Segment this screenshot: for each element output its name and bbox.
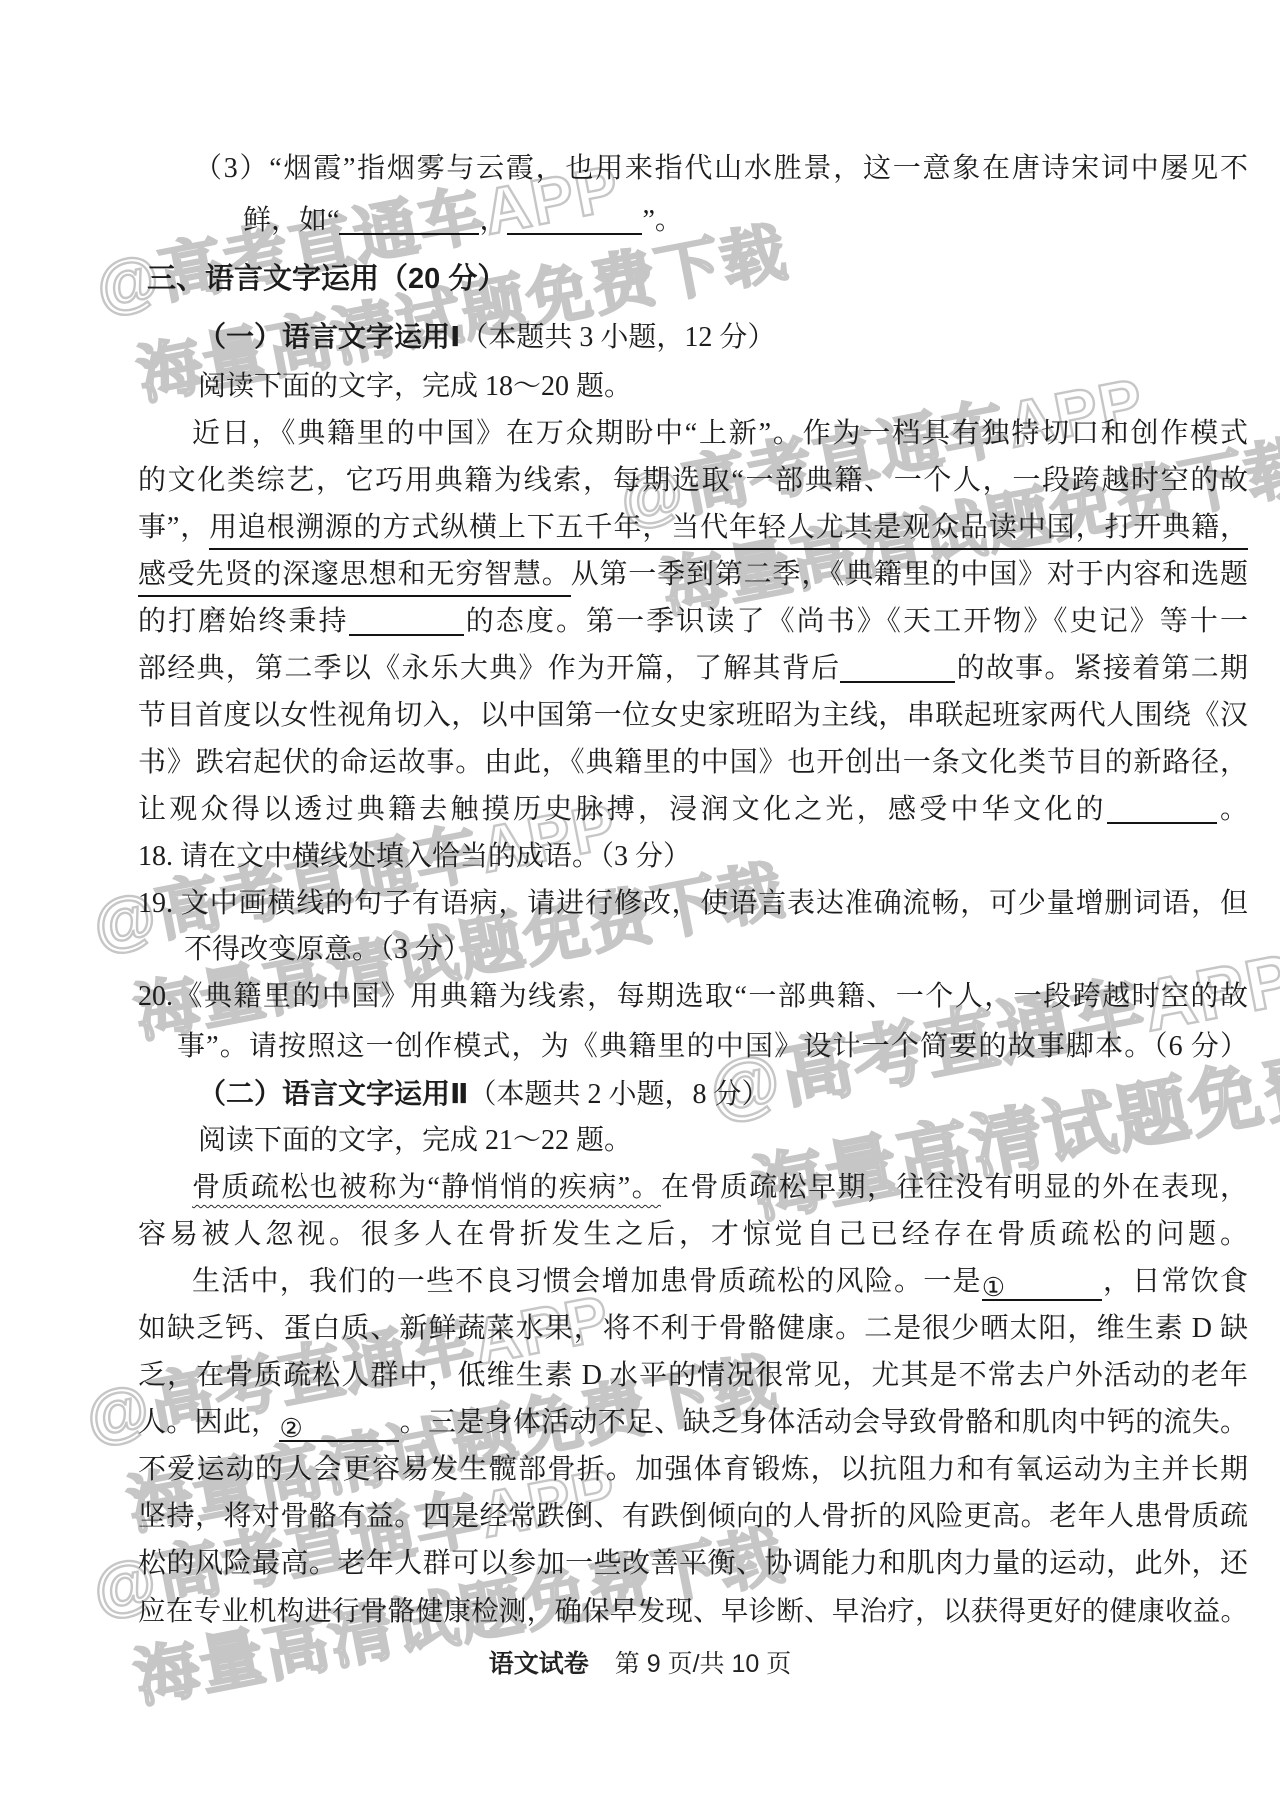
text-segment: （3）“烟霞”指烟雾与云霞，也用来指代山水胜景，这一意象在唐诗宋词中屡见不	[194, 153, 1248, 184]
text-line: 不爱运动的人会更容易发生髋部骨折。加强体育锻炼，以抗阻力和有氧运动为主并长期	[138, 1453, 1248, 1487]
text-line: （一）语言文字运用Ⅰ（本题共 3 小题，12 分）	[198, 320, 775, 355]
text-segment: 阅读下面的文字，完成 21～22 题。	[198, 1125, 632, 1156]
heading-text: （一）语言文字运用Ⅰ	[198, 321, 460, 352]
text-line: （二）语言文字运用Ⅱ（本题共 2 小题，8 分）	[198, 1077, 769, 1112]
text-line: 18. 请在文中横线处填入恰当的成语。（3 分）	[138, 840, 691, 874]
text-segment: 在骨质疏松早期，往往没有明显的外在表现，	[661, 1172, 1248, 1203]
text-line: 坚持，将对骨骼有益。四是经常跌倒、有跌倒倾向的人骨折的风险更高。老年人患骨质疏	[138, 1500, 1248, 1534]
answer-blank: ②	[279, 1414, 399, 1442]
text-segment: 20.《典籍里的中国》用典籍为线索，每期选取“一部典籍、一个人，一段跨越时空的故	[138, 981, 1248, 1012]
text-line: 部经典，第二季以《永乐大典》作为开篇，了解其背后的故事。紧接着第二期	[138, 652, 1248, 686]
text-segment: ，日常饮食	[1102, 1266, 1248, 1297]
text-segment: 部经典，第二季以《永乐大典》作为开篇，了解其背后	[138, 653, 840, 684]
text-segment: （本题共 2 小题，8 分）	[468, 1079, 769, 1110]
text-segment: 不爱运动的人会更容易发生髋部骨折。加强体育锻炼，以抗阻力和有氧运动为主并长期	[138, 1454, 1248, 1485]
text-segment: 乏，在骨质疏松人群中，低维生素 D 水平的情况很常见，尤其是不常去户外活动的老年	[138, 1360, 1248, 1391]
text-line: 阅读下面的文字，完成 18～20 题。	[198, 370, 632, 404]
text-segment: 应在专业机构进行骨骼健康检测，确保早发现、早诊断、早治疗，以获得更好的健康收益。	[138, 1595, 1248, 1626]
text-line: 20.《典籍里的中国》用典籍为线索，每期选取“一部典籍、一个人，一段跨越时空的故	[138, 980, 1248, 1014]
text-line: 书》跌宕起伏的命运故事。由此，《典籍里的中国》也开创出一条文化类节目的新路径，	[138, 746, 1248, 780]
text-segment: 。	[1217, 794, 1248, 825]
text-line: 的文化类综艺，它巧用典籍为线索，每期选取“一部典籍、一个人，一段跨越时空的故	[138, 464, 1248, 498]
text-segment: 的态度。第一季识读了《尚书》《天工开物》《史记》等十一	[464, 606, 1248, 637]
text-line: 事”。请按照这一创作模式，为《典籍里的中国》设计一个简要的故事脚本。（6 分）	[177, 1030, 1248, 1064]
text-segment: 不得改变原意。（3 分）	[184, 934, 471, 965]
text-line: 感受先贤的深邃思想和无穷智慧。从第一季到第二季，《典籍里的中国》对于内容和选题	[138, 558, 1248, 592]
text-segment: 事”。请按照这一创作模式，为《典籍里的中国》设计一个简要的故事脚本。（6 分）	[177, 1031, 1248, 1062]
text-segment: 事”，	[138, 512, 209, 543]
text-line: 乏，在骨质疏松人群中，低维生素 D 水平的情况很常见，尤其是不常去户外活动的老年	[138, 1359, 1248, 1393]
text-line: 骨质疏松也被称为“静悄悄的疾病”。在骨质疏松早期，往往没有明显的外在表现，	[192, 1171, 1248, 1205]
text-line: 19. 文中画横线的句子有语病，请进行修改，使语言表达准确流畅，可少量增删词语，…	[138, 887, 1248, 921]
text-segment: 书》跌宕起伏的命运故事。由此，《典籍里的中国》也开创出一条文化类节目的新路径，	[138, 747, 1248, 778]
text-segment: 鲜，如“	[243, 205, 339, 236]
text-line: 三、语言文字运用（20 分）	[147, 262, 506, 296]
text-segment: ”。	[642, 205, 682, 236]
text-line: 的打磨始终秉持的态度。第一季识读了《尚书》《天工开物》《史记》等十一	[138, 605, 1248, 639]
text-line: 事”，用追根溯源的方式纵横上下五千年，当代年轻人尤其是观众品读中国，打开典籍，	[138, 511, 1248, 545]
answer-blank: ①	[982, 1273, 1102, 1301]
text-segment: 松的风险最高。老年人群可以参加一些改善平衡、协调能力和肌肉力量的运动，此外，还	[138, 1548, 1248, 1579]
page-footer: 语文试卷第 9 页/共 10 页	[0, 1644, 1280, 1680]
text-segment: （本题共 3 小题，12 分）	[460, 322, 775, 353]
answer-blank	[1107, 796, 1217, 824]
text-segment: 节目首度以女性视角切入，以中国第一位女史家班昭为主线，串联起班家两代人围绕《汉	[138, 700, 1248, 731]
text-segment: 坚持，将对骨骼有益。四是经常跌倒、有跌倒倾向的人骨折的风险更高。老年人患骨质疏	[138, 1501, 1248, 1532]
text-segment: 。三是身体活动不足、缺乏身体活动会导致骨骼和肌肉中钙的流失。	[399, 1407, 1248, 1438]
text-segment: 从第一季到第二季，《典籍里的中国》对于内容和选题	[571, 559, 1248, 590]
exam-paper-page: @高考直通车APP海量高清试题免费下载@高考直通车APP海量高清试题免费下载@高…	[0, 0, 1280, 1807]
answer-blank	[840, 655, 955, 683]
text-segment: 近日，《典籍里的中国》在万众期盼中“上新”。作为一档具有独特切口和创作模式	[192, 418, 1248, 449]
text-segment: 让观众得以透过典籍去触摸历史脉搏，浸润文化之光，感受中华文化的	[138, 794, 1107, 825]
answer-blank	[339, 207, 479, 235]
answer-blank	[507, 207, 642, 235]
text-segment: 的故事。紧接着第二期	[955, 653, 1248, 684]
footer-page-number: 第 9 页/共 10 页	[615, 1650, 791, 1678]
text-segment: 的文化类综艺，它巧用典籍为线索，每期选取“一部典籍、一个人，一段跨越时空的故	[138, 465, 1248, 496]
text-line: 人。因此，②。三是身体活动不足、缺乏身体活动会导致骨骼和肌肉中钙的流失。	[138, 1406, 1248, 1442]
heading-text: 三、语言文字运用（20 分）	[147, 263, 506, 295]
underlined-sentence: 用追根溯源的方式纵横上下五千年，当代年轻人尤其是观众品读中国，打开典籍，	[209, 512, 1248, 550]
text-segment: 人。因此，	[138, 1407, 279, 1438]
text-line: 如缺乏钙、蛋白质、新鲜蔬菜水果，将不利于骨骼健康。二是很少晒太阳，维生素 D 缺	[138, 1312, 1248, 1346]
text-line: 容易被人忽视。很多人在骨折发生之后，才惊觉自己已经存在骨质疏松的问题。	[138, 1218, 1248, 1252]
text-segment: 阅读下面的文字，完成 18～20 题。	[198, 371, 632, 402]
text-line: 应在专业机构进行骨骼健康检测，确保早发现、早诊断、早治疗，以获得更好的健康收益。	[138, 1594, 1248, 1628]
text-line: 生活中，我们的一些不良习惯会增加患骨质疏松的风险。一是①，日常饮食	[192, 1265, 1248, 1301]
text-segment: 如缺乏钙、蛋白质、新鲜蔬菜水果，将不利于骨骼健康。二是很少晒太阳，维生素 D 缺	[138, 1313, 1248, 1344]
text-line: 阅读下面的文字，完成 21～22 题。	[198, 1124, 632, 1158]
footer-paper-title: 语文试卷	[489, 1650, 589, 1678]
text-line: 松的风险最高。老年人群可以参加一些改善平衡、协调能力和肌肉力量的运动，此外，还	[138, 1547, 1248, 1581]
answer-blank	[349, 608, 464, 636]
text-line: 节目首度以女性视角切入，以中国第一位女史家班昭为主线，串联起班家两代人围绕《汉	[138, 699, 1248, 733]
text-segment: 容易被人忽视。很多人在骨折发生之后，才惊觉自己已经存在骨质疏松的问题。	[138, 1219, 1248, 1250]
text-segment: 生活中，我们的一些不良习惯会增加患骨质疏松的风险。一是	[192, 1266, 982, 1297]
underlined-sentence: 感受先贤的深邃思想和无穷智慧。	[138, 559, 571, 597]
text-segment: 的打磨始终秉持	[138, 606, 349, 637]
text-line: 鲜，如“，”。	[243, 204, 683, 238]
text-line: 让观众得以透过典籍去触摸历史脉搏，浸润文化之光，感受中华文化的。	[138, 793, 1248, 827]
wavy-underlined-sentence: 骨质疏松也被称为“静悄悄的疾病”。	[192, 1172, 661, 1203]
text-segment: 18. 请在文中横线处填入恰当的成语。（3 分）	[138, 841, 691, 872]
text-segment: 19. 文中画横线的句子有语病，请进行修改，使语言表达准确流畅，可少量增删词语，…	[138, 888, 1248, 919]
heading-text: （二）语言文字运用Ⅱ	[198, 1078, 468, 1109]
text-line: （3）“烟霞”指烟雾与云霞，也用来指代山水胜景，这一意象在唐诗宋词中屡见不	[194, 152, 1248, 186]
text-line: 不得改变原意。（3 分）	[184, 933, 471, 967]
text-line: 近日，《典籍里的中国》在万众期盼中“上新”。作为一档具有独特切口和创作模式	[192, 417, 1248, 451]
text-segment: ，	[479, 205, 507, 236]
